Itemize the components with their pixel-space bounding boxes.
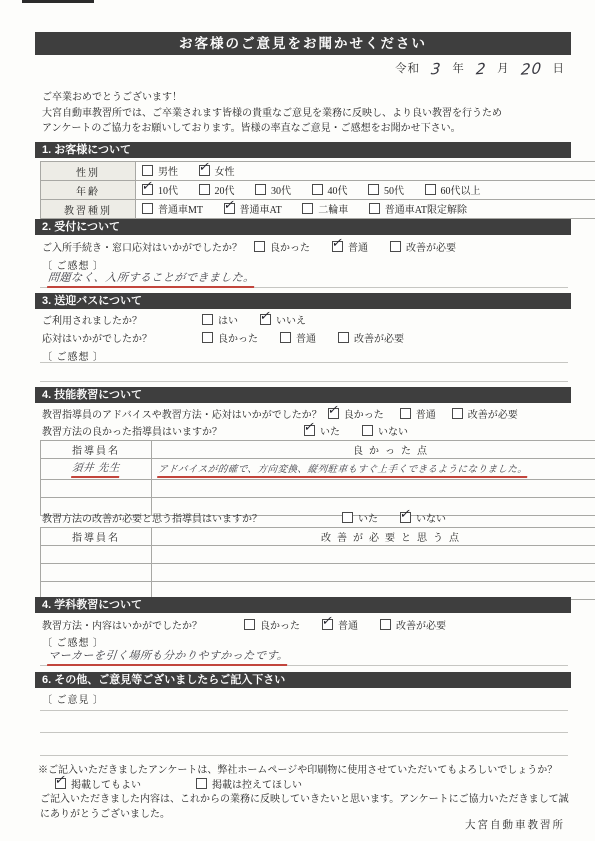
checkbox-ita[interactable]: ✓ <box>342 512 353 523</box>
checkbox-label: 良かった <box>344 406 384 421</box>
checkbox-label: はい <box>218 312 238 327</box>
checkbox-option-good[interactable]: ✓良かった <box>254 239 310 254</box>
opinion-label: 〔 ご意見 〕 <box>42 691 104 706</box>
course-label: 教習種別 <box>41 200 136 219</box>
checkbox-option-at-limited[interactable]: ✓普通車AT限定解除 <box>369 201 467 216</box>
checkbox-age50[interactable]: ✓ <box>368 184 379 195</box>
checkbox-no[interactable]: ✓ <box>260 314 271 325</box>
checkbox-label: 良かった <box>218 330 258 345</box>
date-day-value[interactable]: 20 <box>520 59 542 79</box>
checkbox-at-limited[interactable]: ✓ <box>369 203 380 214</box>
checkbox-good[interactable]: ✓ <box>202 332 213 343</box>
check-mark: ✓ <box>330 236 344 251</box>
checkbox-label: 普通車AT限定解除 <box>385 201 467 216</box>
checkbox-age60[interactable]: ✓ <box>425 184 436 195</box>
question-text: 教習方法の良かった指導員はいますか？ <box>42 423 292 438</box>
skill-advice-question-row: 教習指導員のアドバイスや教習方法・応対はいかがでしたか？ ✓良かった ✓普通 ✓… <box>42 406 569 421</box>
checkbox-option-normal[interactable]: ✓普通 <box>332 239 368 254</box>
question-text: 教習方法の改善が必要と思う指導員はいますか？ <box>42 510 330 525</box>
checkbox-option-age10[interactable]: ✓10代 <box>142 182 178 197</box>
column-header-instructor: 指導員名 <box>41 528 152 546</box>
date-year-value[interactable]: 3 <box>430 60 442 79</box>
publish-permission-note: ※ご記入いただきましたアンケートは、弊社ホームページや印刷物に使用させていただい… <box>38 761 569 776</box>
opinion-line[interactable] <box>40 755 568 756</box>
table-row: 年齢 ✓10代 ✓20代 ✓30代 ✓40代 ✓50代 ✓60代以上 <box>41 181 595 200</box>
improve-point-cell[interactable] <box>152 546 595 564</box>
check-mark: ✓ <box>140 181 154 195</box>
reception-question-row: ご入所手続き・窓口応対はいかがでしたか？ ✓良かった ✓普通 ✓改善が必要 <box>42 239 569 254</box>
checkbox-option-improve[interactable]: ✓改善が必要 <box>452 406 518 421</box>
checkbox-label: 普通車AT <box>240 201 282 216</box>
checkbox-label: 普通 <box>348 239 368 254</box>
date-month-unit: 月 <box>497 63 510 75</box>
table-row <box>41 564 595 582</box>
section-6-header: 6. その他、ご意見等ございましたらご記入下さい <box>35 672 571 688</box>
gender-options: ✓男性 ✓女性 <box>136 162 595 181</box>
instructor-name-cell[interactable] <box>41 564 152 582</box>
checkbox-option-ita[interactable]: ✓いた <box>304 423 340 438</box>
intro-line-2: 大宮自動車教習所では、ご卒業されます皆様の貴重なご意見を業務に反映し、より良い教… <box>42 106 569 122</box>
checkbox-age20[interactable]: ✓ <box>199 184 210 195</box>
checkbox-label: 女性 <box>215 163 235 178</box>
age-label: 年齢 <box>41 181 136 200</box>
checkbox-option-male[interactable]: ✓男性 <box>142 163 178 178</box>
section-4-academic-header: 4. 学科教習について <box>35 597 571 613</box>
intro-paragraph: ご卒業おめでとうございます！ 大宮自動車教習所では、ご卒業されます皆様の貴重なご… <box>42 90 569 137</box>
checkbox-improve[interactable]: ✓ <box>390 241 401 252</box>
checkbox-improve[interactable]: ✓ <box>338 332 349 343</box>
page-title: お客様のご意見をお聞かせください <box>35 32 571 55</box>
form-sheet: お客様のご意見をお聞かせください 令和 3 年 2 月 20 日 ご卒業おめでと… <box>0 0 595 841</box>
course-options: ✓普通車MT ✓普通車AT ✓二輪車 ✓普通車AT限定解除 <box>136 200 595 219</box>
handwritten-good-point: アドバイスが的確で、方向変換、縦列駐車もすぐ上手くできるようになりました。 <box>157 461 528 478</box>
date-day-unit: 日 <box>553 63 566 75</box>
gender-label: 性別 <box>41 162 136 181</box>
handwritten-comment: マーカーを引く場所も分かりやすかったです。 <box>47 647 289 666</box>
checkbox-option-age60[interactable]: ✓60代以上 <box>425 182 481 197</box>
table-row <box>41 480 595 498</box>
checkbox-option-age20[interactable]: ✓20代 <box>199 182 235 197</box>
date-month-value[interactable]: 2 <box>475 60 487 79</box>
column-header-good-point: 良かった点 <box>152 441 595 459</box>
checkbox-option-yes[interactable]: ✓はい <box>202 312 238 327</box>
question-text: 教習指導員のアドバイスや教習方法・応対はいかがでしたか？ <box>42 406 322 421</box>
checkbox-label: いた <box>358 510 378 525</box>
checkbox-label: 普通 <box>416 406 436 421</box>
scan-artifact <box>22 0 94 3</box>
opinion-line[interactable] <box>40 732 568 733</box>
improve-point-cell[interactable] <box>152 564 595 582</box>
date-line: 令和 3 年 2 月 20 日 <box>395 60 565 78</box>
academic-question-row: 教習方法・内容はいかがでしたか？ ✓良かった ✓普通 ✓改善が必要 <box>42 617 569 632</box>
checkbox-option-good[interactable]: ✓良かった <box>328 406 384 421</box>
checkbox-label: 良かった <box>270 239 310 254</box>
improve-instructor-table: 指導員名 改善が必要と思う点 <box>40 527 595 600</box>
checkbox-label: いない <box>416 510 446 525</box>
checkbox-male[interactable]: ✓ <box>142 165 153 176</box>
checkbox-label: 50代 <box>384 182 404 197</box>
good-instructor-question-row: 教習方法の良かった指導員はいますか？ ✓いた ✓いない <box>42 423 569 438</box>
comment-line[interactable] <box>40 362 568 363</box>
good-instructor-table: 指導員名 良かった点 須井 先生 アドバイスが的確で、方向変換、縦列駐車もすぐ上… <box>40 440 595 516</box>
checkbox-inai[interactable]: ✓ <box>362 425 373 436</box>
checkbox-option-at[interactable]: ✓普通車AT <box>224 201 282 216</box>
checkbox-label: 改善が必要 <box>406 239 456 254</box>
checkbox-option-improve[interactable]: ✓改善が必要 <box>380 617 446 632</box>
table-row: 性別 ✓男性 ✓女性 <box>41 162 595 181</box>
checkbox-option-inai[interactable]: ✓いない <box>362 423 408 438</box>
question-text: 教習方法・内容はいかがでしたか？ <box>42 617 232 632</box>
column-header-improve-point: 改善が必要と思う点 <box>152 528 595 546</box>
checkbox-inai[interactable]: ✓ <box>400 512 411 523</box>
age-options: ✓10代 ✓20代 ✓30代 ✓40代 ✓50代 ✓60代以上 <box>136 181 595 200</box>
checkbox-option-normal[interactable]: ✓普通 <box>322 617 358 632</box>
checkbox-label: 普通車MT <box>158 201 203 216</box>
publish-options-row: ✓掲載してもよい ✓掲載は控えてほしい <box>55 776 569 791</box>
checkbox-label: 二輪車 <box>318 201 348 216</box>
checkbox-improve[interactable]: ✓ <box>452 408 463 419</box>
intro-line-3: アンケートのご協力をお願いしております。皆様の率直なご意見・ご感想をお聞かせ下さ… <box>42 121 569 137</box>
checkbox-yes[interactable]: ✓ <box>202 314 213 325</box>
table-row: 須井 先生 アドバイスが的確で、方向変換、縦列駐車もすぐ上手くできるようになりま… <box>41 459 595 480</box>
checkbox-option-normal[interactable]: ✓普通 <box>280 330 316 345</box>
checkbox-age30[interactable]: ✓ <box>255 184 266 195</box>
check-mark: ✓ <box>326 403 340 418</box>
comment-line[interactable]: 問題なく、入所することができました。 <box>40 268 568 288</box>
checkbox-label: いた <box>320 423 340 438</box>
section-2-header: 2. 受付について <box>35 219 571 235</box>
checkbox-label: いない <box>378 423 408 438</box>
checkbox-label: 掲載は控えてほしい <box>212 776 302 791</box>
bus-service-question-row: 応対はいかがでしたか？ ✓良かった ✓普通 ✓改善が必要 <box>42 330 569 345</box>
checkbox-option-normal[interactable]: ✓普通 <box>400 406 436 421</box>
check-mark: ✓ <box>53 773 67 788</box>
check-mark: ✓ <box>398 507 412 522</box>
checkbox-option-motorcycle[interactable]: ✓二輪車 <box>302 201 348 216</box>
checkbox-label: 10代 <box>158 182 178 197</box>
good-point-cell[interactable]: アドバイスが的確で、方向変換、縦列駐車もすぐ上手くできるようになりました。 <box>152 459 595 480</box>
checkbox-option-inai[interactable]: ✓いない <box>400 510 446 525</box>
checkbox-option-publish-no[interactable]: ✓掲載は控えてほしい <box>196 776 302 791</box>
check-mark: ✓ <box>197 162 211 176</box>
question-text: ご利用されましたか？ <box>42 312 190 327</box>
improve-instructor-question-row: 教習方法の改善が必要と思う指導員はいますか？ ✓いた ✓いない <box>42 510 569 525</box>
checkbox-label: 60代以上 <box>441 182 481 197</box>
table-row: 教習種別 ✓普通車MT ✓普通車AT ✓二輪車 ✓普通車AT限定解除 <box>41 200 595 219</box>
checkbox-label: 20代 <box>215 182 235 197</box>
checkbox-option-female[interactable]: ✓女性 <box>199 163 235 178</box>
company-name: 大宮自動車教習所 <box>465 817 565 832</box>
table-header-row: 指導員名 改善が必要と思う点 <box>41 528 595 546</box>
question-text: 応対はいかがでしたか？ <box>42 330 190 345</box>
handwritten-comment: 問題なく、入所することができました。 <box>47 269 256 288</box>
question-text: ご入所手続き・窓口応対はいかがでしたか？ <box>42 239 242 254</box>
checkbox-option-mt[interactable]: ✓普通車MT <box>142 201 203 216</box>
checkbox-label: 改善が必要 <box>354 330 404 345</box>
customer-info-table: 性別 ✓男性 ✓女性 年齢 ✓10代 ✓20代 ✓30代 ✓40代 ✓50代 ✓… <box>40 161 595 219</box>
comment-line[interactable] <box>40 381 568 382</box>
checkbox-normal[interactable]: ✓ <box>400 408 411 419</box>
checkbox-label: 普通 <box>338 617 358 632</box>
checkbox-label: 改善が必要 <box>468 406 518 421</box>
checkbox-label: 40代 <box>328 182 348 197</box>
checkbox-label: 掲載してもよい <box>71 776 141 791</box>
checkbox-normal[interactable]: ✓ <box>332 241 343 252</box>
comment-line[interactable]: マーカーを引く場所も分かりやすかったです。 <box>40 646 568 666</box>
checkbox-normal[interactable]: ✓ <box>280 332 291 343</box>
checkbox-option-no[interactable]: ✓いいえ <box>260 312 306 327</box>
intro-line-1: ご卒業おめでとうございます！ <box>42 90 569 106</box>
checkbox-label: 改善が必要 <box>396 617 446 632</box>
instructor-name-cell[interactable] <box>41 546 152 564</box>
checkbox-option-age30[interactable]: ✓30代 <box>255 182 291 197</box>
checkbox-improve[interactable]: ✓ <box>380 619 391 630</box>
feedback-label: 〔 ご感想 〕 <box>42 348 104 363</box>
checkbox-female[interactable]: ✓ <box>199 165 210 176</box>
checkbox-age40[interactable]: ✓ <box>312 184 323 195</box>
section-3-header: 3. 送迎バスについて <box>35 293 571 309</box>
section-1-header: 1. お客様について <box>35 142 571 158</box>
checkbox-normal[interactable]: ✓ <box>322 619 333 630</box>
checkbox-label: 30代 <box>271 182 291 197</box>
table-row <box>41 546 595 564</box>
checkbox-option-good[interactable]: ✓良かった <box>244 617 300 632</box>
checkbox-option-good[interactable]: ✓良かった <box>202 330 258 345</box>
check-mark: ✓ <box>258 309 272 324</box>
good-point-cell[interactable] <box>152 480 595 498</box>
checkbox-publish-ok[interactable]: ✓ <box>55 778 66 789</box>
checkbox-option-age50[interactable]: ✓50代 <box>368 182 404 197</box>
checkbox-publish-no[interactable]: ✓ <box>196 778 207 789</box>
checkbox-option-improve[interactable]: ✓改善が必要 <box>338 330 404 345</box>
bus-used-question-row: ご利用されましたか？ ✓はい ✓いいえ <box>42 312 569 327</box>
date-era-label: 令和 <box>395 63 420 75</box>
table-header-row: 指導員名 良かった点 <box>41 441 595 459</box>
check-mark: ✓ <box>302 420 316 435</box>
checkbox-ita[interactable]: ✓ <box>304 425 315 436</box>
checkbox-label: 良かった <box>260 617 300 632</box>
checkbox-label: いいえ <box>276 312 306 327</box>
instructor-name-cell[interactable] <box>41 480 152 498</box>
checkbox-good[interactable]: ✓ <box>328 408 339 419</box>
date-year-unit: 年 <box>452 63 465 75</box>
checkbox-option-improve[interactable]: ✓改善が必要 <box>390 239 456 254</box>
check-mark: ✓ <box>222 200 236 214</box>
checkbox-option-ita[interactable]: ✓いた <box>342 510 378 525</box>
opinion-line[interactable] <box>40 710 568 711</box>
checkbox-option-publish-ok[interactable]: ✓掲載してもよい <box>55 776 141 791</box>
checkbox-age10[interactable]: ✓ <box>142 184 153 195</box>
checkbox-label: 普通 <box>296 330 316 345</box>
checkbox-label: 男性 <box>158 163 178 178</box>
checkbox-option-age40[interactable]: ✓40代 <box>312 182 348 197</box>
checkbox-good[interactable]: ✓ <box>244 619 255 630</box>
instructor-name-cell[interactable]: 須井 先生 <box>41 459 152 480</box>
handwritten-instructor-name: 須井 先生 <box>71 460 121 478</box>
checkbox-motorcycle[interactable]: ✓ <box>302 203 313 214</box>
check-mark: ✓ <box>320 614 334 629</box>
section-4-skill-header: 4. 技能教習について <box>35 387 571 403</box>
checkbox-at[interactable]: ✓ <box>224 203 235 214</box>
checkbox-good[interactable]: ✓ <box>254 241 265 252</box>
checkbox-mt[interactable]: ✓ <box>142 203 153 214</box>
column-header-instructor: 指導員名 <box>41 441 152 459</box>
